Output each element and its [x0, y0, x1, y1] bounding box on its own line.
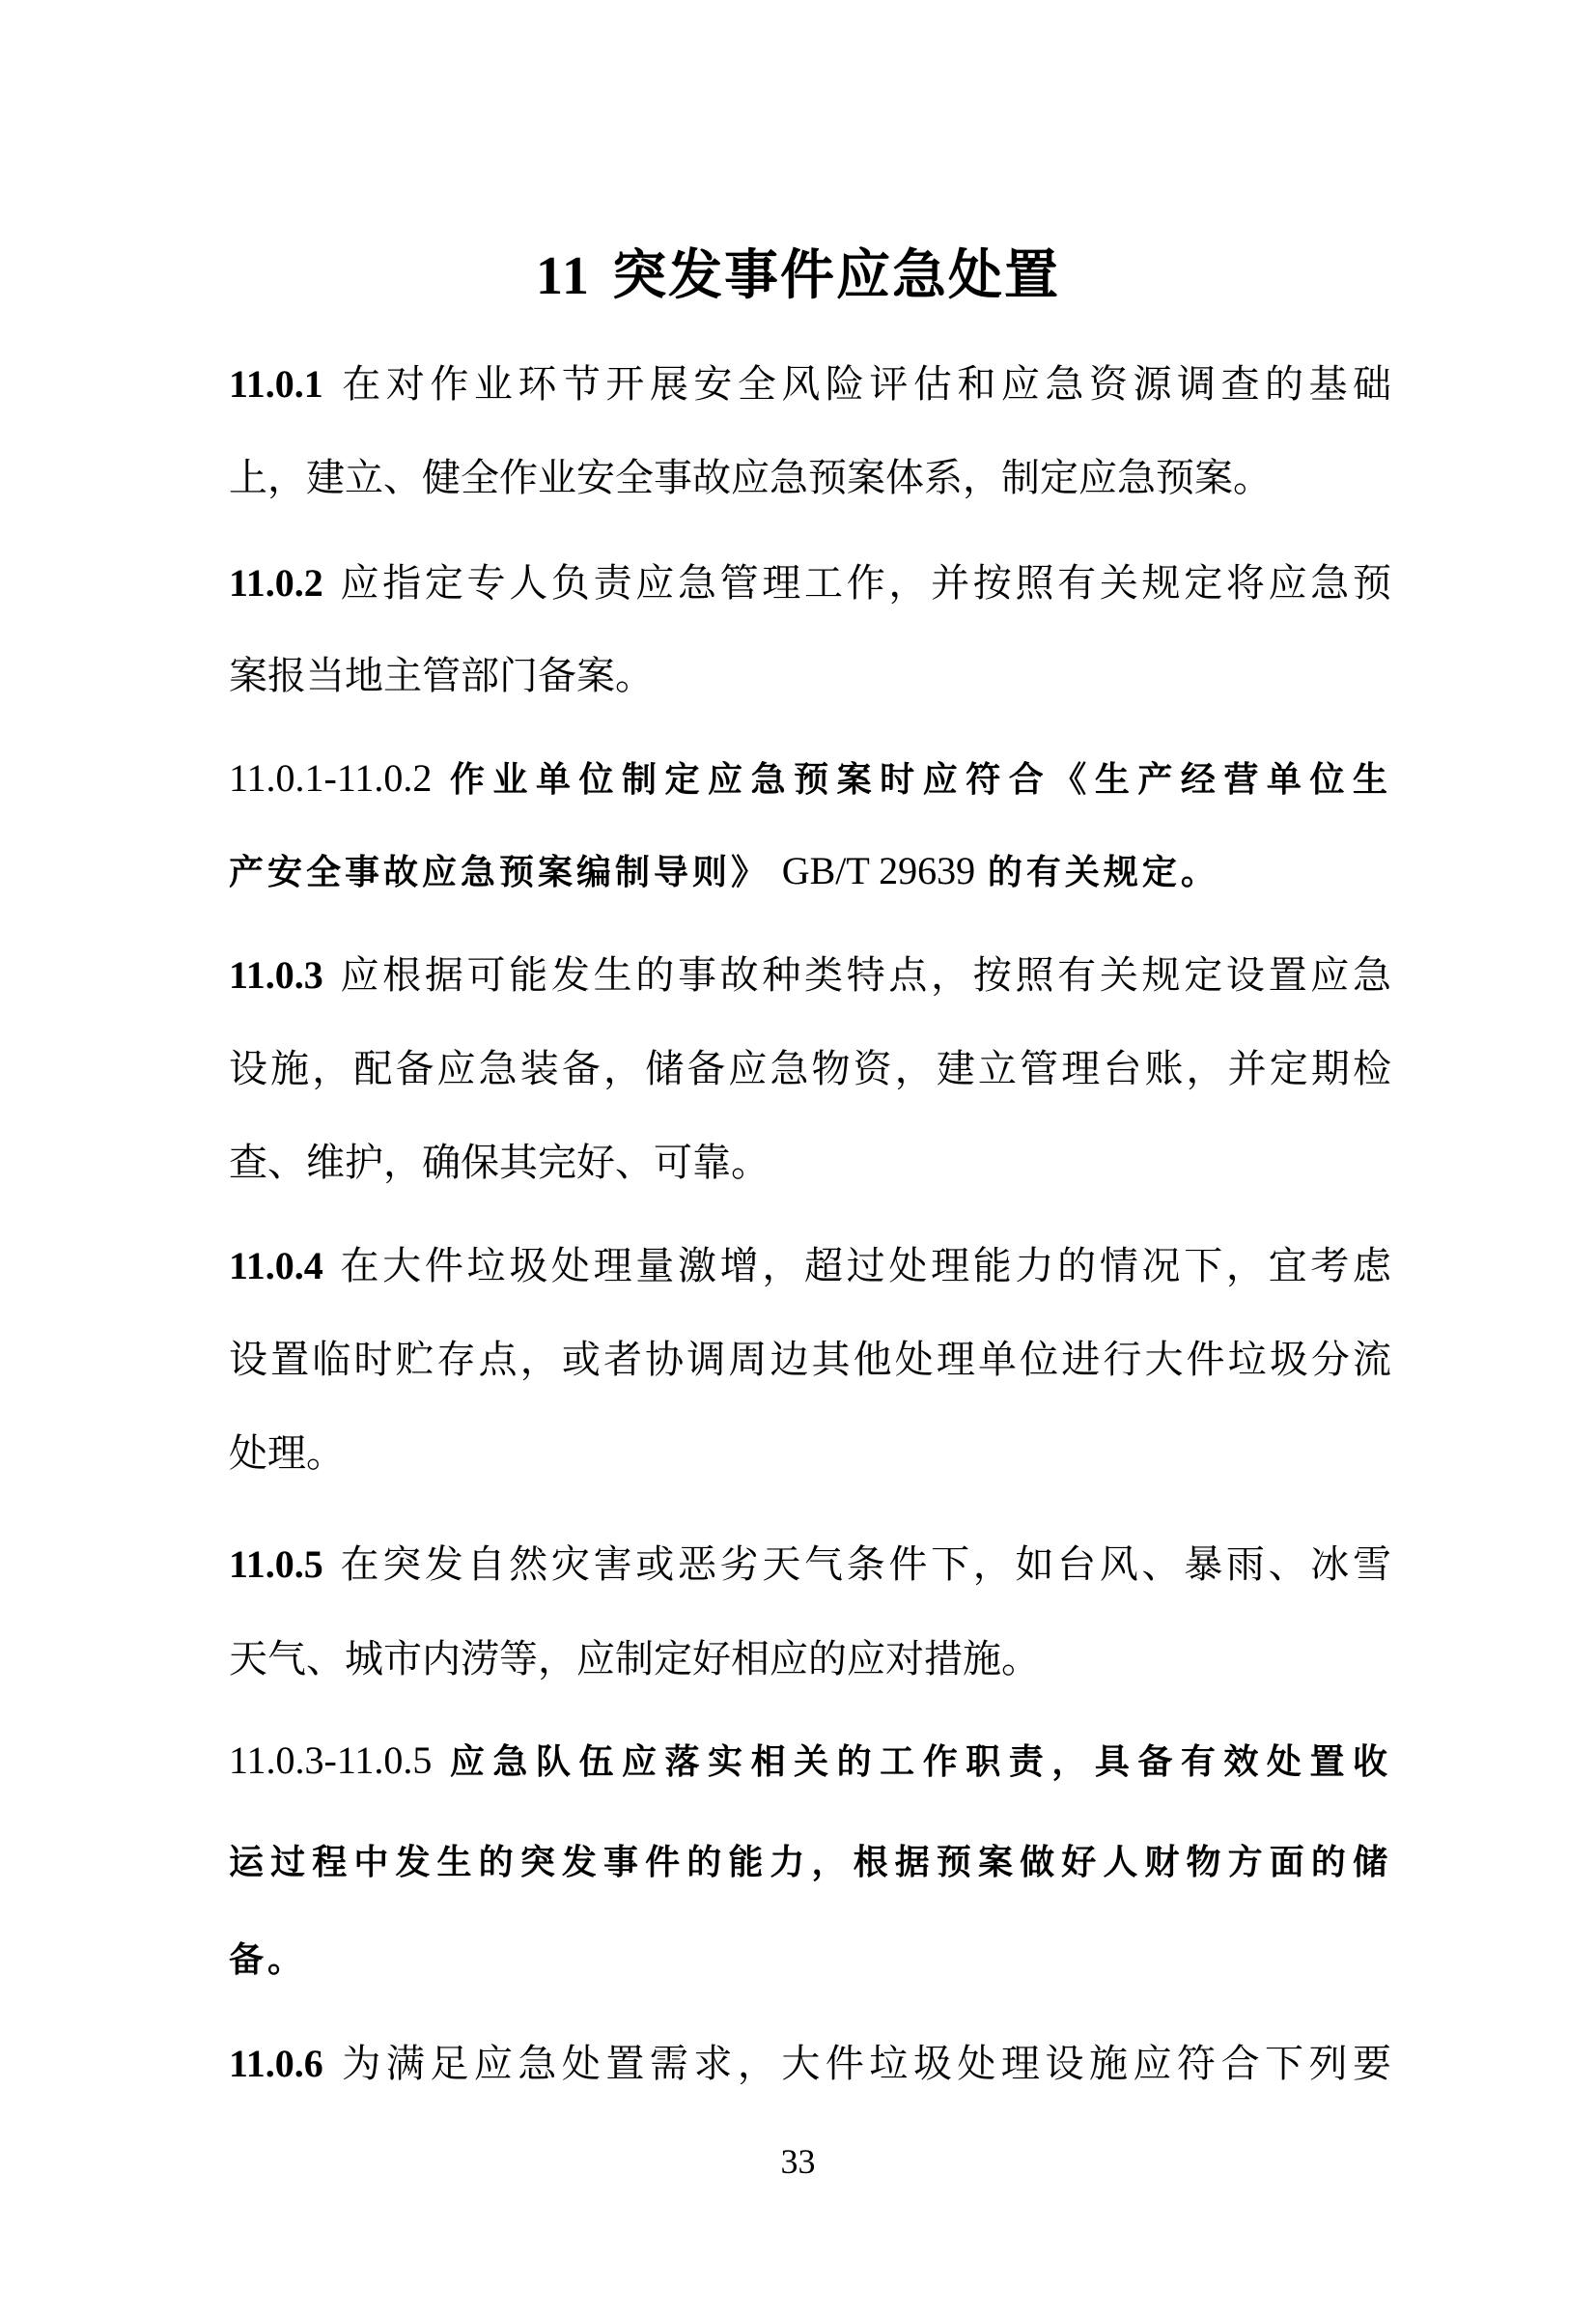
- clause-number: 11.0.3: [229, 953, 323, 997]
- chapter-number: 11: [536, 246, 591, 306]
- clause-11-0-4-line-3: 处理。: [229, 1425, 1391, 1483]
- clause-text: 应根据可能发生的事故种类特点，按照有关规定设置应急: [337, 953, 1391, 998]
- clause-number: 11.0.2: [229, 561, 323, 605]
- clause-11-0-5-line-1: 11.0.5在突发自然灾害或恶劣天气条件下，如台风、暴雨、冰雪: [229, 1536, 1391, 1594]
- note-11-0-3-to-11-0-5-line-3: 备。: [229, 1930, 1391, 1988]
- note-text: 运过程中发生的突发事件的能力，根据预案做好人财物方面的储: [229, 1842, 1391, 1882]
- note-number: 11.0.3-11.0.5: [229, 1738, 432, 1782]
- chapter-title-text: 突发事件应急处置: [612, 244, 1060, 307]
- clause-text: 查、维护，确保其完好、可靠。: [229, 1141, 770, 1185]
- clause-text: 在对作业环节开展安全风险评估和应急资源调查的基础: [337, 362, 1391, 407]
- clause-11-0-3-line-2: 设施，配备应急装备，储备应急物资，建立管理台账，并定期检: [229, 1040, 1391, 1098]
- clause-text: 设置临时贮存点，或者协调周边其他处理单位进行大件垃圾分流: [229, 1338, 1391, 1382]
- clause-11-0-6-line-1: 11.0.6为满足应急处置需求，大件垃圾处理设施应符合下列要: [229, 2035, 1391, 2093]
- page-number: 33: [0, 2142, 1596, 2181]
- standard-code: GB/T 29639: [782, 849, 975, 892]
- note-text: 应急队伍应落实相关的工作职责，具备有效处置收: [445, 1741, 1391, 1782]
- note-text-tail: 的有关规定。: [988, 852, 1219, 892]
- clause-number: 11.0.6: [229, 2042, 323, 2085]
- clause-text: 上，建立、健全作业安全事故应急预案体系，制定应急预案。: [229, 456, 1272, 500]
- clause-number: 11.0.1: [229, 362, 323, 406]
- clause-11-0-3-line-3: 查、维护，确保其完好、可靠。: [229, 1134, 1391, 1192]
- note-11-0-1-to-11-0-2-line-2: 产安全事故应急预案编制导则》 GB/T 29639 的有关规定。: [229, 842, 1391, 900]
- clause-11-0-4-line-2: 设置临时贮存点，或者协调周边其他处理单位进行大件垃圾分流: [229, 1331, 1391, 1389]
- clause-text: 设施，配备应急装备，储备应急物资，建立管理台账，并定期检: [229, 1047, 1391, 1091]
- clause-text: 在大件垃圾处理量激增，超过处理能力的情况下，宜考虑: [337, 1244, 1391, 1288]
- clause-text: 应指定专人负责应急管理工作，并按照有关规定将应急预: [337, 561, 1391, 606]
- note-text: 备。: [229, 1939, 306, 1980]
- note-text: 作业单位制定应急预案时应符合《生产经营单位生: [445, 759, 1391, 800]
- chapter-title: 11突发事件应急处置: [0, 238, 1596, 315]
- note-11-0-3-to-11-0-5-line-1: 11.0.3-11.0.5应急队伍应落实相关的工作职责，具备有效处置收: [229, 1732, 1391, 1790]
- note-11-0-3-to-11-0-5-line-2: 运过程中发生的突发事件的能力，根据预案做好人财物方面的储: [229, 1832, 1391, 1890]
- clause-11-0-2-line-2: 案报当地主管部门备案。: [229, 647, 1391, 705]
- clause-11-0-5-line-2: 天气、城市内涝等，应制定好相应的应对措施。: [229, 1630, 1391, 1688]
- note-text: 产安全事故应急预案编制导则》: [229, 852, 770, 892]
- clause-text: 为满足应急处置需求，大件垃圾处理设施应符合下列要: [337, 2042, 1391, 2086]
- clause-number: 11.0.4: [229, 1244, 323, 1287]
- clause-11-0-1-line-1: 11.0.1在对作业环节开展安全风险评估和应急资源调查的基础: [229, 355, 1391, 413]
- document-page: 11突发事件应急处置 11.0.1在对作业环节开展安全风险评估和应急资源调查的基…: [0, 0, 1596, 2316]
- clause-11-0-4-line-1: 11.0.4在大件垃圾处理量激增，超过处理能力的情况下，宜考虑: [229, 1237, 1391, 1295]
- note-11-0-1-to-11-0-2-line-1: 11.0.1-11.0.2作业单位制定应急预案时应符合《生产经营单位生: [229, 749, 1391, 807]
- note-number: 11.0.1-11.0.2: [229, 756, 432, 800]
- clause-text: 在突发自然灾害或恶劣天气条件下，如台风、暴雨、冰雪: [337, 1542, 1391, 1587]
- clause-number: 11.0.5: [229, 1542, 323, 1586]
- clause-text: 案报当地主管部门备案。: [229, 654, 654, 698]
- clause-11-0-3-line-1: 11.0.3应根据可能发生的事故种类特点，按照有关规定设置应急: [229, 946, 1391, 1004]
- clause-text: 天气、城市内涝等，应制定好相应的应对措施。: [229, 1637, 1040, 1681]
- clause-11-0-1-line-2: 上，建立、健全作业安全事故应急预案体系，制定应急预案。: [229, 449, 1391, 507]
- clause-text: 处理。: [229, 1431, 345, 1476]
- clause-11-0-2-line-1: 11.0.2应指定专人负责应急管理工作，并按照有关规定将应急预: [229, 554, 1391, 612]
